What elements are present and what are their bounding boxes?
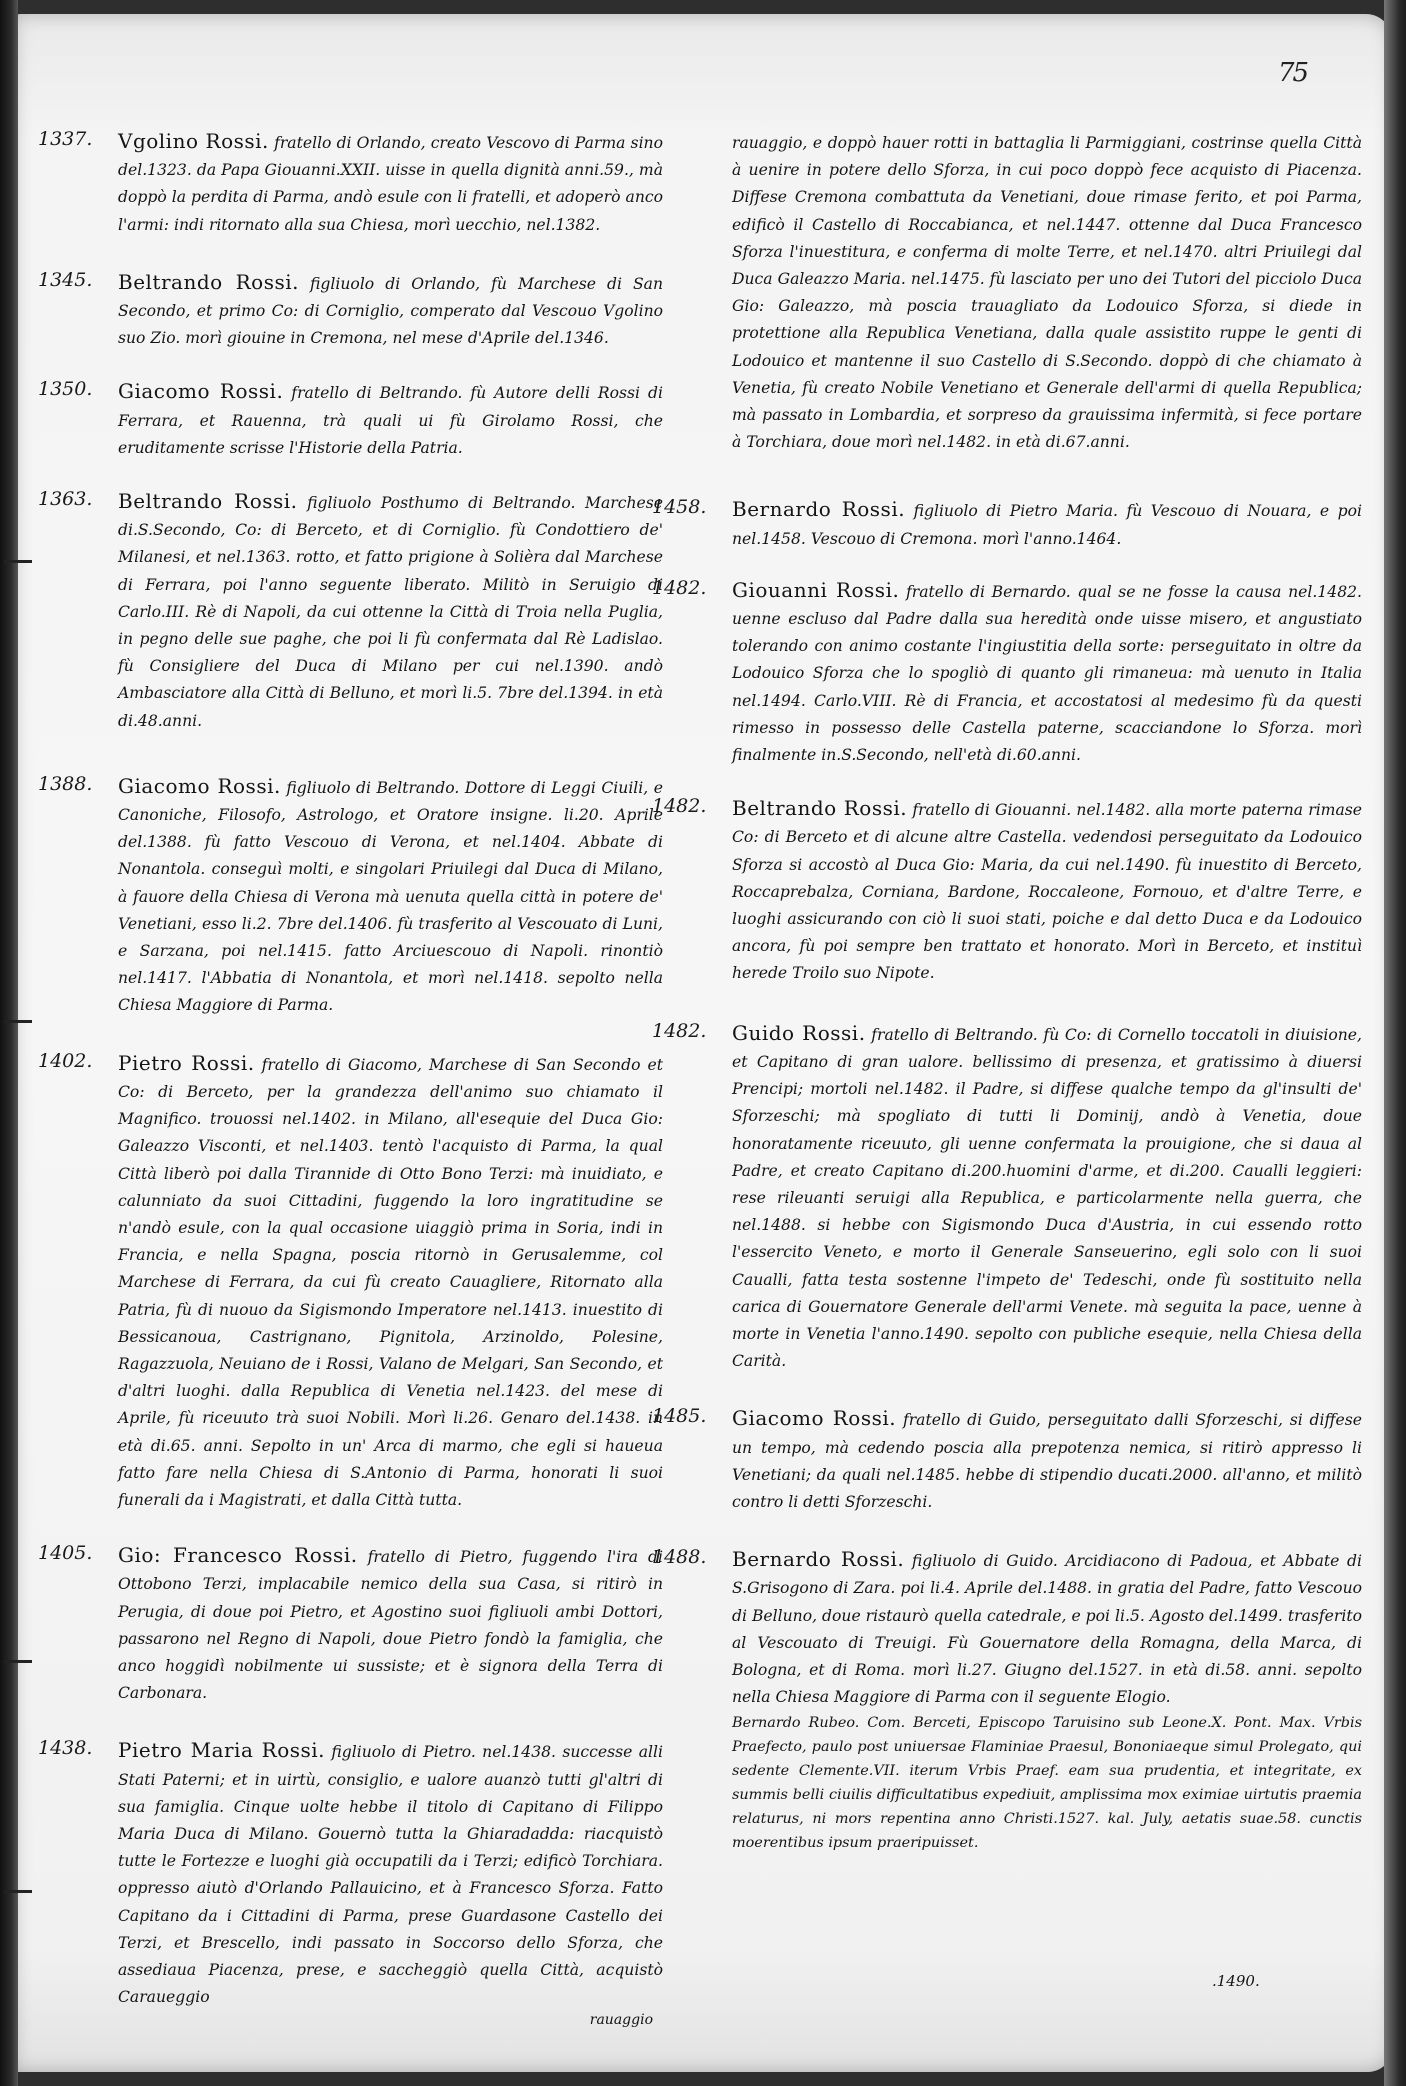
entry-text: Bernardo Rossi. figliuolo di Guido. Arci…: [732, 1546, 1362, 1711]
entry-body: fratello di Pietro, fuggendo l'ira di Ot…: [118, 1548, 663, 1702]
entry-name: Beltrando Rossi.: [118, 489, 298, 513]
entry-text: Guido Rossi. fratello di Beltrando. fù C…: [732, 1020, 1362, 1376]
continued-text: rauaggio, e doppò hauer rotti in battagl…: [732, 130, 1362, 456]
entry-body: figliuolo di Guido. Arcidiacono di Padou…: [732, 1552, 1362, 1706]
entry-body: figliuolo di Pietro. nel.1438. successe …: [118, 1743, 663, 2006]
entry-year: 1438.: [38, 1737, 120, 1759]
entry-year: 1388.: [38, 773, 120, 795]
entry-text: Giouanni Rossi. fratello di Bernardo. qu…: [732, 577, 1362, 769]
entry-body: fratello di Giouanni. nel.1482. alla mor…: [732, 801, 1362, 982]
entry-body: fratello di Beltrando. fù Co: di Cornell…: [732, 1026, 1362, 1370]
entry-text: Gio: Francesco Rossi. fratello di Pietro…: [118, 1542, 663, 1707]
entry-name: Beltrando Rossi.: [732, 796, 907, 820]
entry-body: figliuolo Posthumo di Beltrando. Marches…: [118, 494, 663, 730]
entry-text: Beltrando Rossi. figliuolo di Orlando, f…: [118, 269, 663, 353]
entry-text: Beltrando Rossi. fratello di Giouanni. n…: [732, 795, 1362, 987]
binding-stitch: [4, 1890, 32, 1893]
entry-1350: 1350. Giacomo Rossi. fratello di Beltran…: [38, 378, 663, 462]
entry-body: figliuolo di Beltrando. Dottore di Leggi…: [118, 779, 663, 1015]
entry-1337: 1337. Vgolino Rossi. fratello di Orlando…: [38, 128, 663, 239]
entry-text: Pietro Maria Rossi. figliuolo di Pietro.…: [118, 1737, 663, 2011]
entry-year: 1458.: [652, 496, 734, 518]
binding-stitch: [4, 1660, 32, 1663]
entry-text: Giacomo Rossi. fratello di Guido, perseg…: [732, 1405, 1362, 1516]
entry-name: Pietro Maria Rossi.: [118, 1738, 325, 1762]
scanned-manuscript: 75 1337. Vgolino Rossi. fratello di Orla…: [0, 0, 1406, 2086]
entry-continuation: rauaggio, e doppò hauer rotti in battagl…: [652, 130, 1362, 456]
catchword: rauaggio: [38, 2011, 653, 2029]
right-column: rauaggio, e doppò hauer rotti in battagl…: [652, 130, 1362, 1855]
entry-1488: 1488. Bernardo Rossi. figliuolo di Guido…: [652, 1546, 1362, 1855]
entry-year: 1482.: [652, 795, 734, 817]
entry-year: 1350.: [38, 378, 120, 400]
entry-1345: 1345. Beltrando Rossi. figliuolo di Orla…: [38, 269, 663, 353]
entry-text: Pietro Rossi. fratello di Giacomo, March…: [118, 1050, 663, 1514]
entry-text: Bernardo Rossi. figliuolo di Pietro Mari…: [732, 496, 1362, 552]
entry-year: 1405.: [38, 1542, 120, 1564]
entry-1402: 1402. Pietro Rossi. fratello di Giacomo,…: [38, 1050, 663, 1514]
page-right-edge-shadow: [1384, 0, 1406, 2086]
binding-stitch: [4, 560, 32, 563]
page-binding-edge: [0, 0, 18, 2086]
entry-name: Vgolino Rossi.: [118, 129, 269, 153]
entry-body: fratello di Bernardo. qual se ne fosse l…: [732, 583, 1362, 764]
entry-name: Giacomo Rossi.: [118, 774, 281, 798]
entry-text: Giacomo Rossi. figliuolo di Beltrando. D…: [118, 773, 663, 1020]
entry-name: Giacomo Rossi.: [732, 1406, 896, 1430]
entry-name: Pietro Rossi.: [118, 1051, 255, 1075]
entry-name: Bernardo Rossi.: [732, 497, 905, 521]
latin-elogium: Bernardo Rubeo. Com. Berceti, Episcopo T…: [732, 1711, 1362, 1855]
entry-name: Bernardo Rossi.: [732, 1547, 904, 1571]
entry-1482-guido: 1482. Guido Rossi. fratello di Beltrando…: [652, 1020, 1362, 1376]
entry-year: 1485.: [652, 1405, 734, 1427]
entry-text: Giacomo Rossi. fratello di Beltrando. fù…: [118, 378, 663, 462]
entry-1485: 1485. Giacomo Rossi. fratello di Guido, …: [652, 1405, 1362, 1516]
entry-text: Vgolino Rossi. fratello di Orlando, crea…: [118, 128, 663, 239]
entry-year: 1482.: [652, 577, 734, 599]
entry-name: Giouanni Rossi.: [732, 578, 899, 602]
entry-1482-beltrando: 1482. Beltrando Rossi. fratello di Gioua…: [652, 795, 1362, 987]
entry-year: 1488.: [652, 1546, 734, 1568]
entry-year: 1337.: [38, 128, 120, 150]
entry-year: 1482.: [652, 1020, 734, 1042]
end-year-marker: .1490.: [1212, 1972, 1260, 1990]
entry-name: Beltrando Rossi.: [118, 270, 299, 294]
entry-1458: 1458. Bernardo Rossi. figliuolo di Pietr…: [652, 496, 1362, 552]
entry-1363: 1363. Beltrando Rossi. figliuolo Posthum…: [38, 488, 663, 735]
entry-1438: 1438. Pietro Maria Rossi. figliuolo di P…: [38, 1737, 663, 2029]
folio-number: 75: [1278, 58, 1307, 88]
binding-stitch: [4, 1020, 32, 1023]
entry-text: Beltrando Rossi. figliuolo Posthumo di B…: [118, 488, 663, 735]
entry-name: Giacomo Rossi.: [118, 379, 283, 403]
entry-body: fratello di Giacomo, Marchese di San Sec…: [118, 1056, 663, 1509]
entry-year: 1363.: [38, 488, 120, 510]
entry-year: 1345.: [38, 269, 120, 291]
entry-name: Guido Rossi.: [732, 1021, 866, 1045]
entry-1405: 1405. Gio: Francesco Rossi. fratello di …: [38, 1542, 663, 1707]
entry-1482-giouanni: 1482. Giouanni Rossi. fratello di Bernar…: [652, 577, 1362, 769]
entry-name: Gio: Francesco Rossi.: [118, 1543, 358, 1567]
entry-year: 1402.: [38, 1050, 120, 1072]
left-column: 1337. Vgolino Rossi. fratello di Orlando…: [38, 128, 663, 2029]
entry-1388: 1388. Giacomo Rossi. figliuolo di Beltra…: [38, 773, 663, 1020]
